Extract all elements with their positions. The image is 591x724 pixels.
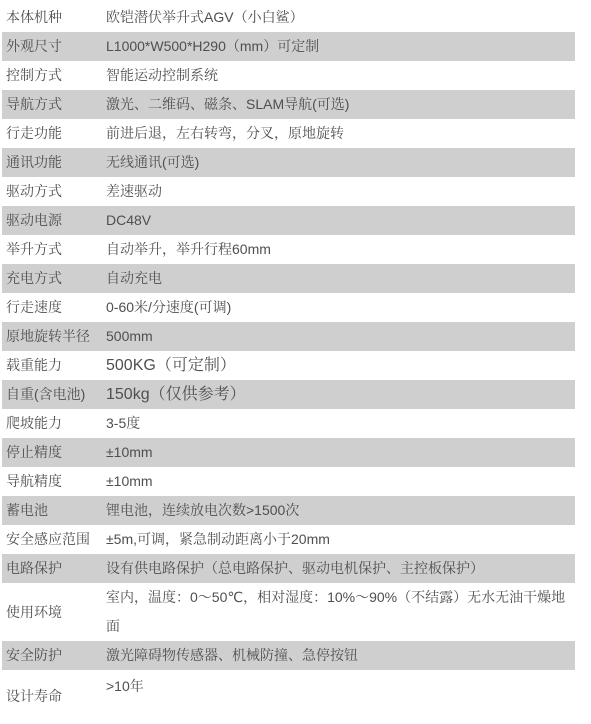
spec-row: 自重(含电池) 150kg（仅供参考） xyxy=(2,380,575,409)
spec-table: 本体机种 欧铠潜伏举升式AGV（小白鲨） 外观尺寸 L1000*W500*H29… xyxy=(2,3,575,722)
spec-row: 外观尺寸 L1000*W500*H290（mm）可定制 xyxy=(2,32,575,61)
spec-label: 充电方式 xyxy=(2,270,100,287)
spec-value: >10年 xyxy=(100,670,575,696)
spec-row: 本体机种 欧铠潜伏举升式AGV（小白鲨） xyxy=(2,3,575,32)
spec-label: 载重能力 xyxy=(2,357,100,374)
spec-value: 激光障碍物传感器、机械防撞、急停按钮 xyxy=(100,646,575,665)
spec-label: 导航方式 xyxy=(2,96,100,113)
spec-row: 举升方式 自动举升，举升行程60mm xyxy=(2,235,575,264)
spec-value: 0-60米/分速度(可调) xyxy=(100,298,575,317)
spec-row: 使用环境 室内，温度：0～50℃，相对湿度：10%～90%（不结露）无水无油干燥… xyxy=(2,583,575,641)
spec-label: 外观尺寸 xyxy=(2,38,100,55)
spec-row: 载重能力 500KG（可定制） xyxy=(2,351,575,380)
spec-value: 差速驱动 xyxy=(100,182,575,201)
spec-label: 本体机种 xyxy=(2,9,100,26)
spec-label: 爬坡能力 xyxy=(2,415,100,432)
spec-value: L1000*W500*H290（mm）可定制 xyxy=(100,37,575,56)
spec-row: 蓄电池 锂电池，连续放电次数>1500次 xyxy=(2,496,575,525)
spec-value: 自动充电 xyxy=(100,269,575,288)
spec-label: 行走速度 xyxy=(2,299,100,316)
spec-label: 导航精度 xyxy=(2,473,100,490)
spec-value: ±5m,可调，紧急制动距离小于20mm xyxy=(100,530,575,549)
spec-value: ±10mm xyxy=(100,472,575,491)
spec-value: 激光、二维码、磁条、SLAM导航(可选) xyxy=(100,95,575,114)
spec-label: 电路保护 xyxy=(2,560,100,577)
spec-value: ±10mm xyxy=(100,443,575,462)
spec-label: 行走功能 xyxy=(2,125,100,142)
spec-label: 安全感应范围 xyxy=(2,531,100,548)
spec-value: 150kg（仅供参考） xyxy=(100,385,575,404)
spec-value: 无线通讯(可选) xyxy=(100,153,575,172)
spec-label: 设计寿命 xyxy=(2,688,100,705)
spec-row: 设计寿命 >10年 xyxy=(2,670,575,722)
spec-value: 500KG（可定制） xyxy=(100,356,575,375)
spec-label: 驱动电源 xyxy=(2,212,100,229)
spec-row: 安全感应范围 ±5m,可调，紧急制动距离小于20mm xyxy=(2,525,575,554)
spec-label: 蓄电池 xyxy=(2,502,100,519)
spec-value: 500mm xyxy=(100,327,575,346)
spec-label: 控制方式 xyxy=(2,67,100,84)
spec-label: 举升方式 xyxy=(2,241,100,258)
spec-label: 停止精度 xyxy=(2,444,100,461)
spec-value: 室内，温度：0～50℃，相对湿度：10%～90%（不结露）无水无油干燥地面 xyxy=(100,583,575,641)
spec-value: DC48V xyxy=(100,211,575,230)
spec-row: 驱动电源 DC48V xyxy=(2,206,575,235)
spec-label: 通讯功能 xyxy=(2,154,100,171)
spec-row: 电路保护 设有供电路保护（总电路保护、驱动电机保护、主控板保护） xyxy=(2,554,575,583)
spec-row: 行走速度 0-60米/分速度(可调) xyxy=(2,293,575,322)
spec-value: 智能运动控制系统 xyxy=(100,66,575,85)
spec-value: 3-5度 xyxy=(100,414,575,433)
spec-label: 原地旋转半径 xyxy=(2,328,100,345)
spec-value: 锂电池，连续放电次数>1500次 xyxy=(100,501,575,520)
spec-label: 自重(含电池) xyxy=(2,386,100,403)
spec-value: 欧铠潜伏举升式AGV（小白鲨） xyxy=(100,8,575,27)
spec-row: 安全防护 激光障碍物传感器、机械防撞、急停按钮 xyxy=(2,641,575,670)
spec-row: 控制方式 智能运动控制系统 xyxy=(2,61,575,90)
spec-row: 通讯功能 无线通讯(可选) xyxy=(2,148,575,177)
spec-row: 导航方式 激光、二维码、磁条、SLAM导航(可选) xyxy=(2,90,575,119)
spec-label: 安全防护 xyxy=(2,647,100,664)
spec-row: 驱动方式 差速驱动 xyxy=(2,177,575,206)
spec-row: 停止精度 ±10mm xyxy=(2,438,575,467)
spec-value: 自动举升，举升行程60mm xyxy=(100,240,575,259)
spec-value: 前进后退，左右转弯，分叉，原地旋转 xyxy=(100,124,575,143)
spec-value: 设有供电路保护（总电路保护、驱动电机保护、主控板保护） xyxy=(100,559,575,578)
spec-label: 使用环境 xyxy=(2,604,100,621)
spec-label: 驱动方式 xyxy=(2,183,100,200)
spec-row: 爬坡能力 3-5度 xyxy=(2,409,575,438)
spec-row: 导航精度 ±10mm xyxy=(2,467,575,496)
spec-row: 原地旋转半径 500mm xyxy=(2,322,575,351)
spec-row: 充电方式 自动充电 xyxy=(2,264,575,293)
spec-row: 行走功能 前进后退，左右转弯，分叉，原地旋转 xyxy=(2,119,575,148)
